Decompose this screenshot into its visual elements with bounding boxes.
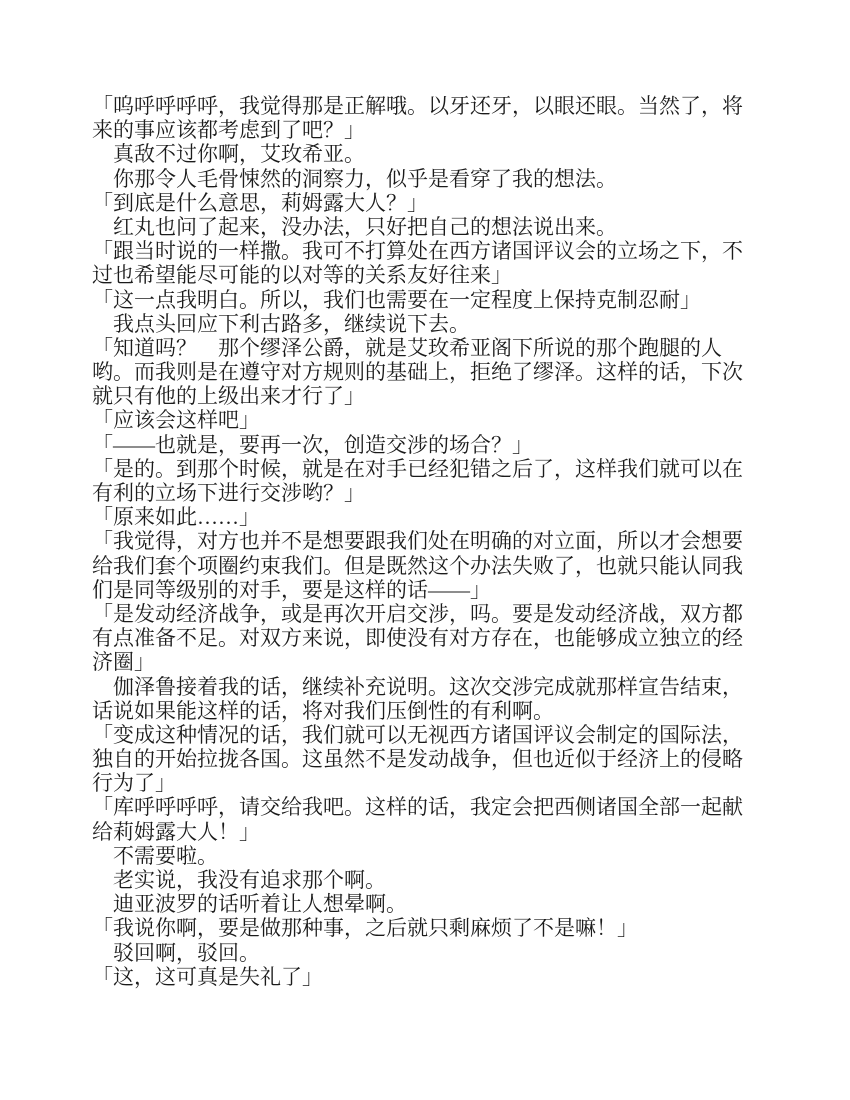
text-line: 「呜呼呼呼呼，我觉得那是正解哦。以牙还牙，以眼还眼。当然了，将	[92, 94, 782, 118]
text-line: 迪亚波罗的话听着让人想晕啊。	[92, 892, 782, 916]
text-line: 「是的。到那个时候，就是在对手已经犯错之后了，这样我们就可以在	[92, 457, 782, 481]
text-line: 「这一点我明白。所以，我们也需要在一定程度上保持克制忍耐」	[92, 288, 782, 312]
text-line: 独自的开始拉拢各国。这虽然不是发动战争，但也近似于经济上的侵略	[92, 747, 782, 771]
text-line: 哟。而我则是在遵守对方规则的基础上，拒绝了缪泽。这样的话，下次	[92, 360, 782, 384]
text-line: 们是同等级别的对手，要是这样的话——」	[92, 578, 782, 602]
text-line: 有利的立场下进行交涉哟？」	[92, 481, 782, 505]
text-line: 不需要啦。	[92, 844, 782, 868]
text-line: 来的事应该都考虑到了吧？」	[92, 118, 782, 142]
text-line: 话说如果能这样的话，将对我们压倒性的有利啊。	[92, 699, 782, 723]
text-line: 就只有他的上级出来才行了」	[92, 384, 782, 408]
text-line: 「变成这种情况的话，我们就可以无视西方诸国评议会制定的国际法，	[92, 723, 782, 747]
text-line: 红丸也问了起来，没办法，只好把自己的想法说出来。	[92, 215, 782, 239]
text-line: 「是发动经济战争，或是再次开启交涉，吗。要是发动经济战，双方都	[92, 602, 782, 626]
text-line: 「——也就是，要再一次，创造交涉的场合？」	[92, 433, 782, 457]
text-line: 「到底是什么意思，莉姆露大人？」	[92, 191, 782, 215]
text-line: 真敌不过你啊，艾玫希亚。	[92, 142, 782, 166]
text-line: 「我说你啊，要是做那种事，之后就只剩麻烦了不是嘛！」	[92, 916, 782, 940]
text-line: 「我觉得，对方也并不是想要跟我们处在明确的对立面，所以才会想要	[92, 529, 782, 553]
text-line: 行为了」	[92, 771, 782, 795]
text-line: 给我们套个项圈约束我们。但是既然这个办法失败了，也就只能认同我	[92, 554, 782, 578]
text-line: 济圈」	[92, 650, 782, 674]
text-line: 伽泽鲁接着我的话，继续补充说明。这次交涉完成就那样宣告结束，	[92, 675, 782, 699]
text-line: 过也希望能尽可能的以对等的关系友好往来」	[92, 263, 782, 287]
novel-page: 「呜呼呼呼呼，我觉得那是正解哦。以牙还牙，以眼还眼。当然了，将 来的事应该都考虑…	[0, 0, 850, 1100]
text-line: 「知道吗？ 那个缪泽公爵，就是艾玫希亚阁下所说的那个跑腿的人	[92, 336, 782, 360]
text-line: 你那令人毛骨悚然的洞察力，似乎是看穿了我的想法。	[92, 167, 782, 191]
text-line: 「跟当时说的一样撒。我可不打算处在西方诸国评议会的立场之下，不	[92, 239, 782, 263]
text-line: 「这，这可真是失礼了」	[92, 965, 782, 989]
text-line: 老实说，我没有追求那个啊。	[92, 868, 782, 892]
text-line: 「库呼呼呼呼，请交给我吧。这样的话，我定会把西侧诸国全部一起献	[92, 795, 782, 819]
text-line: 有点准备不足。对双方来说，即使没有对方存在，也能够成立独立的经	[92, 626, 782, 650]
text-line: 「原来如此……」	[92, 505, 782, 529]
text-block: 「呜呼呼呼呼，我觉得那是正解哦。以牙还牙，以眼还眼。当然了，将 来的事应该都考虑…	[92, 94, 782, 989]
text-line: 「应该会这样吧」	[92, 408, 782, 432]
text-line: 我点头回应下利古路多，继续说下去。	[92, 312, 782, 336]
text-line: 给莉姆露大人！」	[92, 820, 782, 844]
text-line: 驳回啊，驳回。	[92, 941, 782, 965]
